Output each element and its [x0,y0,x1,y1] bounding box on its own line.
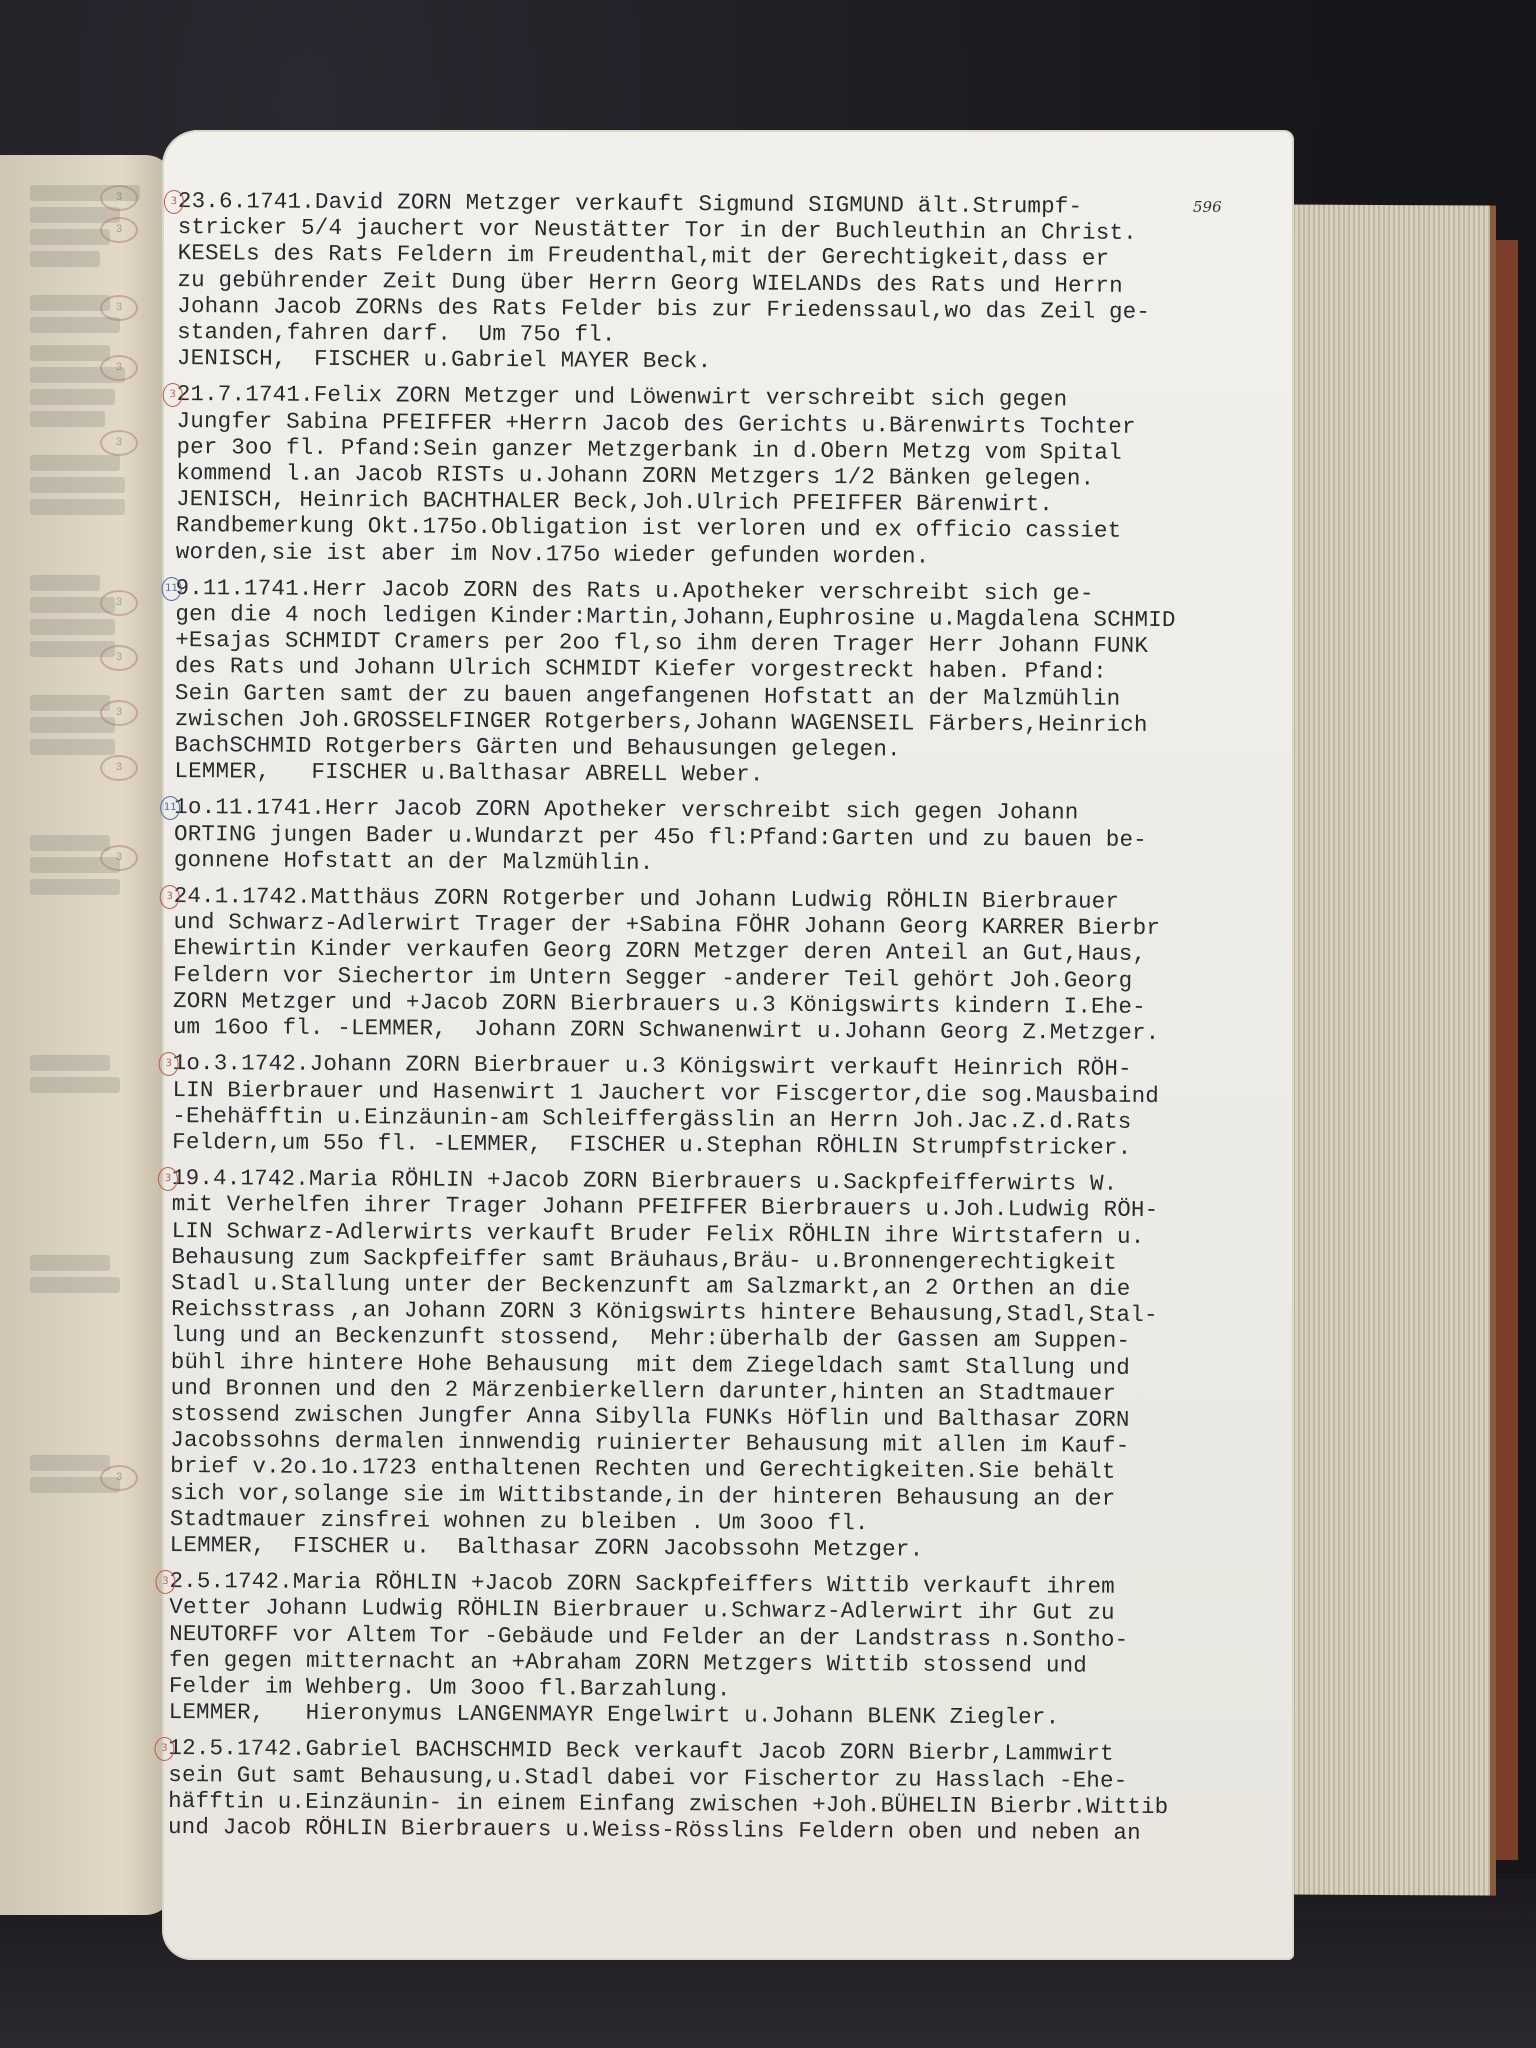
bleed-through-text [30,1277,120,1293]
document-entries: 3 23.6.1741.David ZORN Metzger verkauft … [168,188,1278,1857]
bleed-through-text [30,411,105,427]
bleed-through-text [30,317,120,333]
margin-number-circle: 3 [100,700,138,726]
deed-entry: 11 1o.11.1741.Herr Jacob ZORN Apotheker … [174,794,1274,879]
bleed-through-text [30,295,110,311]
margin-number-circle: 3 [100,645,138,671]
left-facing-page: 3 3 3 3 3 3 3 3 3 3 3 [0,155,175,1915]
deed-entry: 3 19.4.1742.Maria RÖHLIN +Jacob ZORN Bie… [170,1165,1272,1565]
bleed-through-text [30,1455,110,1471]
bleed-through-text [30,1055,110,1071]
bleed-through-text [30,229,110,245]
bleed-through-text [30,389,115,405]
bleed-through-text [30,499,125,515]
bleed-through-text [30,835,110,851]
bleed-through-text [30,477,125,493]
deed-entry: 3 23.6.1741.David ZORN Metzger verkauft … [177,188,1278,378]
margin-number-circle: 3 [100,590,138,616]
deed-entry: 3 24.1.1742.Matthäus ZORN Rotgerber und … [173,883,1274,1047]
deed-entry: 3 1o.3.1742.Johann ZORN Bierbrauer u.3 K… [172,1050,1273,1162]
bleed-through-text [30,1077,120,1093]
bleed-through-text [30,251,100,267]
bleed-through-text [30,345,110,361]
bleed-through-text [30,455,120,471]
margin-number-circle: 3 [100,1465,138,1491]
margin-number-circle: 3 [100,430,138,456]
margin-number-circle: 3 [100,217,138,243]
margin-number-circle: 3 [100,845,138,871]
margin-number-circle: 3 [100,755,138,781]
deed-entry: 11 9.11.1741.Herr Jacob ZORN des Rats u.… [174,575,1275,791]
entry-line: LEMMER, Hieronymus LANGENMAYR Engelwirt … [169,1699,1269,1732]
bleed-through-text [30,1255,110,1271]
margin-number-circle: 3 [100,355,138,381]
margin-circle-marker: 3 [160,885,180,909]
bleed-through-text [30,739,115,755]
entry-line: und Jacob RÖHLIN Bierbrauers u.Weiss-Rös… [168,1814,1268,1847]
bleed-through-text [30,879,120,895]
margin-circle-marker: 3 [164,190,184,214]
deed-entry: 3 2.5.1742.Maria RÖHLIN +Jacob ZORN Sack… [169,1568,1270,1732]
book-page-stack [1270,204,1496,1895]
bleed-through-text [30,695,110,711]
entry-line: LEMMER, FISCHER u.Balthasar ABRELL Weber… [174,758,1274,791]
entry-line: JENISCH, FISCHER u.Gabriel MAYER Beck. [177,345,1277,378]
deed-entry: 3 21.7.1741.Felix ZORN Metzger und Löwen… [176,381,1277,571]
bleed-through-text [30,619,115,635]
entry-line: um 16oo fl. -LEMMER, Johann ZORN Schwane… [173,1014,1273,1047]
margin-number-circle: 3 [100,185,138,211]
deed-entry: 3 12.5.1742.Gabriel BACHSCHMID Beck verk… [168,1735,1269,1847]
bleed-through-text [30,575,100,591]
margin-circle-marker: 11 [161,577,181,601]
entry-line: LEMMER, FISCHER u. Balthasar ZORN Jacobs… [170,1532,1270,1565]
entry-line: Feldern,um 55o fl. -LEMMER, FISCHER u.St… [172,1129,1272,1162]
margin-number-circle: 3 [100,295,138,321]
